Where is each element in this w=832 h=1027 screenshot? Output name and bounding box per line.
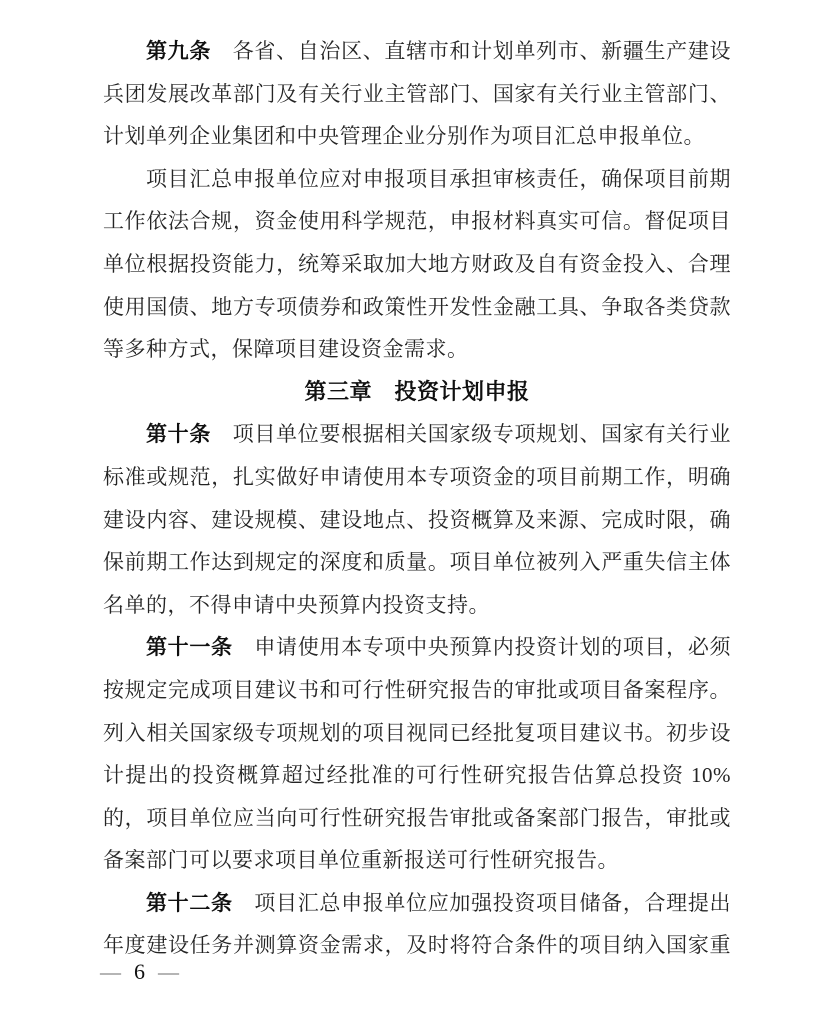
text-line: 备案部门可以要求项目单位重新报送可行性研究报告。 — [103, 839, 731, 882]
text-segment: 的，项目单位应当向可行性研究报告审批或备案部门报告，审批或 — [103, 806, 731, 830]
article-number: 第三章 投资计划申报 — [304, 379, 529, 404]
text-line: 使用国债、地方专项债券和政策性开发性金融工具、争取各类贷款 — [103, 286, 731, 329]
text-segment: 单位根据投资能力，统筹采取加大地方财政及自有资金投入、合理 — [103, 252, 731, 276]
text-segment: 项目汇总申报单位应加强投资项目储备，合理提出 — [233, 891, 731, 915]
document-page: 第九条 各省、自治区、直辖市和计划单列市、新疆生产建设兵团发展改革部门及有关行业… — [0, 0, 832, 1027]
text-segment: 使用国债、地方专项债券和政策性开发性金融工具、争取各类贷款 — [103, 295, 731, 319]
text-segment: 计提出的投资概算超过经批准的可行性研究报告估算总投资 10% — [103, 763, 731, 787]
footer-left-dash: — — [100, 960, 121, 984]
article-number: 第十一条 — [146, 636, 233, 659]
text-line: 建设内容、建设规模、建设地点、投资概算及来源、完成时限，确 — [103, 499, 731, 542]
text-segment: 名单的，不得申请中央预算内投资支持。 — [103, 593, 490, 617]
text-line: 第十条 项目单位要根据相关国家级专项规划、国家有关行业 — [103, 413, 731, 456]
text-line: 兵团发展改革部门及有关行业主管部门、国家有关行业主管部门、 — [103, 73, 731, 116]
text-line: 列入相关国家级专项规划的项目视同已经批复项目建议书。初步设 — [103, 712, 731, 755]
text-line: 按规定完成项目建议书和可行性研究报告的审批或项目备案程序。 — [103, 669, 731, 712]
text-line: 的，项目单位应当向可行性研究报告审批或备案部门报告，审批或 — [103, 797, 731, 840]
text-segment: 建设内容、建设规模、建设地点、投资概算及来源、完成时限，确 — [103, 508, 731, 532]
text-line: 年度建设任务并测算资金需求，及时将符合条件的项目纳入国家重 — [103, 924, 731, 967]
text-line: 标准或规范，扎实做好申请使用本专项资金的项目前期工作，明确 — [103, 456, 731, 499]
text-line: 工作依法合规，资金使用科学规范，申报材料真实可信。督促项目 — [103, 200, 731, 243]
text-segment: 保前期工作达到规定的深度和质量。项目单位被列入严重失信主体 — [103, 550, 731, 574]
text-line: 计划单列企业集团和中央管理企业分别作为项目汇总申报单位。 — [103, 115, 731, 158]
text-segment: 标准或规范，扎实做好申请使用本专项资金的项目前期工作，明确 — [103, 465, 731, 489]
text-segment: 项目汇总申报单位应对申报项目承担审核责任，确保项目前期 — [146, 167, 731, 191]
text-line: 计提出的投资概算超过经批准的可行性研究报告估算总投资 10% — [103, 754, 731, 797]
text-segment: 列入相关国家级专项规划的项目视同已经批复项目建议书。初步设 — [103, 721, 731, 745]
chapter-heading: 第三章 投资计划申报 — [103, 371, 731, 414]
text-line: 项目汇总申报单位应对申报项目承担审核责任，确保项目前期 — [103, 158, 731, 201]
text-segment: 项目单位要根据相关国家级专项规划、国家有关行业 — [211, 422, 731, 446]
text-segment: 等多种方式，保障项目建设资金需求。 — [103, 337, 469, 361]
text-line: 单位根据投资能力，统筹采取加大地方财政及自有资金投入、合理 — [103, 243, 731, 286]
page-footer: —6— — [100, 957, 179, 987]
article-number: 第十条 — [146, 423, 211, 446]
document-body: 第九条 各省、自治区、直辖市和计划单列市、新疆生产建设兵团发展改革部门及有关行业… — [103, 30, 731, 967]
text-segment: 各省、自治区、直辖市和计划单列市、新疆生产建设 — [211, 39, 731, 63]
text-segment: 按规定完成项目建议书和可行性研究报告的审批或项目备案程序。 — [103, 678, 731, 702]
text-segment: 年度建设任务并测算资金需求，及时将符合条件的项目纳入国家重 — [103, 933, 731, 957]
text-segment: 申请使用本专项中央预算内投资计划的项目，必须 — [233, 635, 731, 659]
text-segment: 兵团发展改革部门及有关行业主管部门、国家有关行业主管部门、 — [103, 82, 731, 106]
text-line: 第十一条 申请使用本专项中央预算内投资计划的项目，必须 — [103, 626, 731, 669]
page-number: 6 — [134, 959, 145, 984]
article-number: 第十二条 — [146, 892, 233, 915]
article-number: 第九条 — [146, 40, 211, 63]
text-segment: 计划单列企业集团和中央管理企业分别作为项目汇总申报单位。 — [103, 124, 705, 148]
text-line: 保前期工作达到规定的深度和质量。项目单位被列入严重失信主体 — [103, 541, 731, 584]
text-line: 第十二条 项目汇总申报单位应加强投资项目储备，合理提出 — [103, 882, 731, 925]
footer-right-dash: — — [158, 960, 179, 984]
text-segment: 备案部门可以要求项目单位重新报送可行性研究报告。 — [103, 848, 619, 872]
text-line: 等多种方式，保障项目建设资金需求。 — [103, 328, 731, 371]
text-line: 第九条 各省、自治区、直辖市和计划单列市、新疆生产建设 — [103, 30, 731, 73]
text-segment: 工作依法合规，资金使用科学规范，申报材料真实可信。督促项目 — [103, 209, 731, 233]
text-line: 名单的，不得申请中央预算内投资支持。 — [103, 584, 731, 627]
